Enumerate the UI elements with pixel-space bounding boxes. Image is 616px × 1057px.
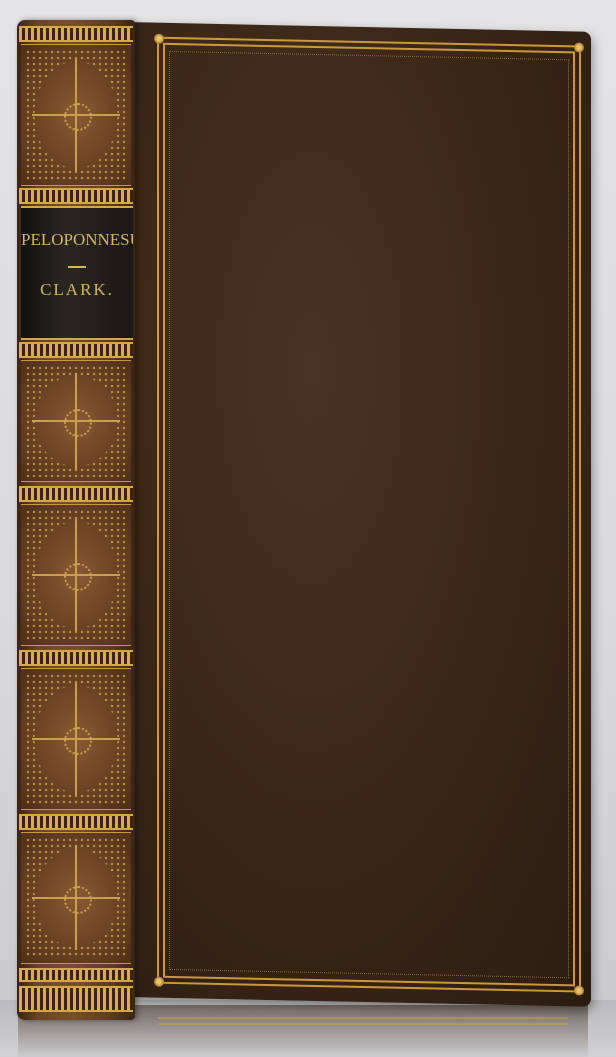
book-photo: PELOPONNESUS CLARK. [0,0,616,1057]
floral-ornament-icon [64,103,92,131]
spine-band [19,968,133,982]
spine-title-label: PELOPONNESUS CLARK. [21,206,133,340]
spine-band [19,342,133,358]
spine-panel [21,504,131,646]
spine-band [19,650,133,666]
corner-ornament-icon [154,34,164,44]
corner-ornament-icon [154,977,164,987]
floral-ornament-icon [64,886,92,914]
spine-panel [21,832,131,964]
book-title: PELOPONNESUS [21,230,133,250]
corner-ornament-icon [574,42,584,52]
title-rule [68,266,86,268]
book-spine: PELOPONNESUS CLARK. [17,20,135,1020]
spine-panel [21,668,131,810]
spine-panel [21,44,131,186]
spine-band [19,486,133,502]
corner-ornament-icon [574,985,584,995]
floral-ornament-icon [64,409,92,437]
spine-band [19,986,133,1012]
floral-ornament-icon [64,563,92,591]
spine-panel [21,360,131,482]
spine-band [19,188,133,204]
spine-band [19,26,133,42]
dotted-border [169,51,569,978]
spine-band [19,814,133,830]
book-front-cover [125,22,591,1007]
floral-ornament-icon [64,727,92,755]
book-author: CLARK. [21,280,133,300]
